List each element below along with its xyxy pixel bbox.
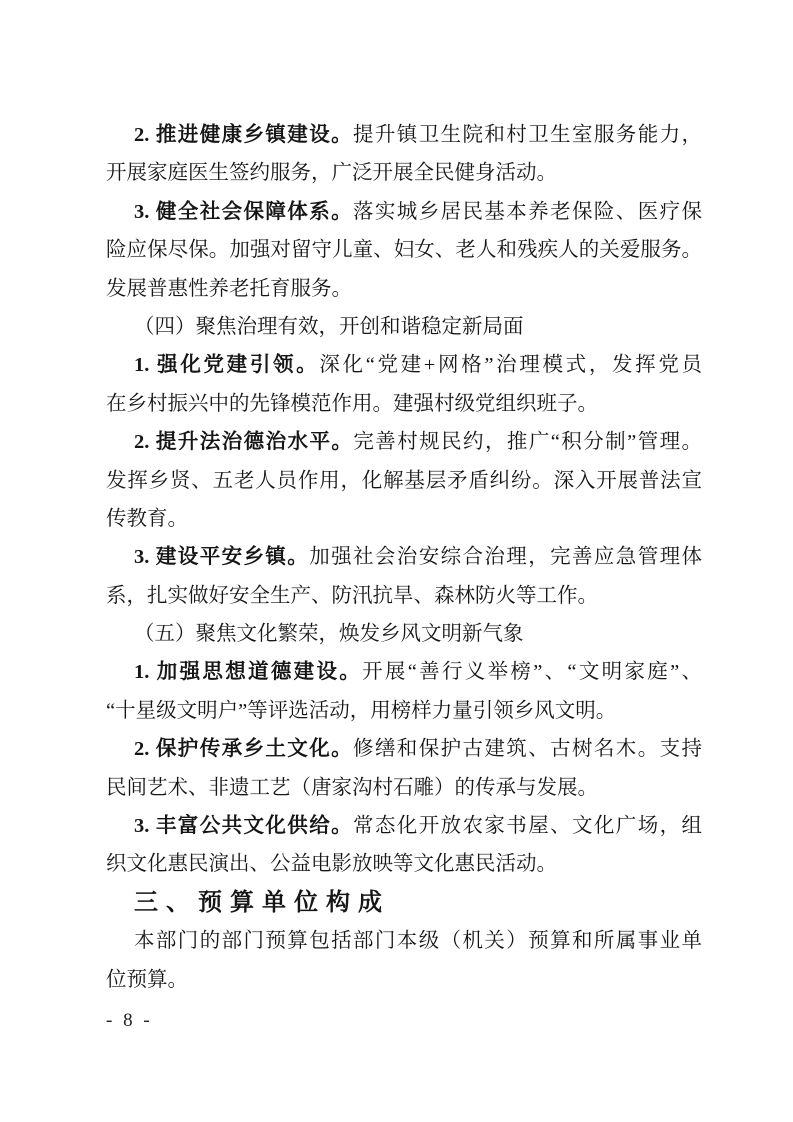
text-line: 2. 保护传承乡土文化。修缮和保护古建筑、古树名木。支持 [106,730,702,768]
text-run: 落实城乡居民基本养老保险、医疗保 [353,201,702,223]
text-run: 位预算。 [106,969,188,991]
text-line: 3. 建设平安乡镇。加强社会治安综合治理，完善应急管理体 [106,538,702,576]
text-run: 深化“党建+网格”治理模式，发挥党员 [319,354,702,376]
text-line: 险应保尽保。加强对留守儿童、妇女、老人和残疾人的关爱服务。 [106,231,702,269]
text-run: 常态化开放农家书屋、文化广场，组 [353,815,702,837]
text-line: 2. 推进健康乡镇建设。提升镇卫生院和村卫生室服务能力， [106,116,702,154]
bold-text-run: 2. 保护传承乡土文化。 [134,738,353,760]
text-line: 三、预算单位构成 [106,884,702,922]
text-line: （四）聚焦治理有效，开创和谐稳定新局面 [106,308,702,346]
bold-text-run: 3. 建设平安乡镇。 [134,546,309,568]
bold-text-run: 三、预算单位构成 [134,889,390,916]
page-number: - 8 - [106,1006,153,1036]
text-run: 传教育。 [106,508,188,530]
bold-text-run: 3. 健全社会保障体系。 [134,201,353,223]
text-line: 3. 健全社会保障体系。落实城乡居民基本养老保险、医疗保 [106,193,702,231]
text-line: 织文化惠民演出、公益电影放映等文化惠民活动。 [106,845,702,883]
text-run: 民间艺术、非遗工艺（唐家沟村石雕）的传承与发展。 [106,777,598,799]
text-run: 发挥乡贤、五老人员作用，化解基层矛盾纠纷。深入开展普法宣 [106,470,702,492]
text-line: 2. 提升法治德治水平。完善村规民约，推广“积分制”管理。 [106,423,702,461]
text-run: 开展家庭医生签约服务，广泛开展全民健身活动。 [106,162,557,184]
text-run: 完善村规民约，推广“积分制”管理。 [353,431,702,453]
text-run: 在乡村振兴中的先锋模范作用。建强村级党组织班子。 [106,393,598,415]
bold-text-run: 1. 加强思想道德建设。 [134,661,362,683]
bold-text-run: 2. 提升法治德治水平。 [134,431,353,453]
text-run: 开展“善行义举榜”、“文明家庭”、 [362,661,702,683]
text-line: 发展普惠性养老托育服务。 [106,270,702,308]
bold-text-run: 3. 丰富公共文化供给。 [134,815,353,837]
document-page: 2. 推进健康乡镇建设。提升镇卫生院和村卫生室服务能力，开展家庭医生签约服务，广… [0,0,793,1122]
text-run: （五）聚焦文化繁荣，焕发乡风文明新气象 [134,623,524,645]
text-line: 在乡村振兴中的先锋模范作用。建强村级党组织班子。 [106,385,702,423]
document-body: 2. 推进健康乡镇建设。提升镇卫生院和村卫生室服务能力，开展家庭医生签约服务，广… [106,116,702,999]
text-line: 3. 丰富公共文化供给。常态化开放农家书屋、文化广场，组 [106,807,702,845]
text-line: 传教育。 [106,500,702,538]
bold-text-run: 2. 推进健康乡镇建设。 [134,124,353,146]
text-run: 修缮和保护古建筑、古树名木。支持 [353,738,702,760]
text-run: 系，扎实做好安全生产、防汛抗旱、森林防火等工作。 [106,585,598,607]
text-line: 民间艺术、非遗工艺（唐家沟村石雕）的传承与发展。 [106,769,702,807]
text-line: 开展家庭医生签约服务，广泛开展全民健身活动。 [106,154,702,192]
text-run: 加强社会治安综合治理，完善应急管理体 [309,546,702,568]
text-line: 系，扎实做好安全生产、防汛抗旱、森林防火等工作。 [106,577,702,615]
text-run: 本部门的部门预算包括部门本级（机关）预算和所属事业单 [134,930,702,952]
text-run: 提升镇卫生院和村卫生室服务能力， [353,124,702,146]
text-line: 本部门的部门预算包括部门本级（机关）预算和所属事业单 [106,922,702,960]
text-run: 发展普惠性养老托育服务。 [106,278,352,300]
text-run: 险应保尽保。加强对留守儿童、妇女、老人和残疾人的关爱服务。 [106,239,702,261]
text-line: 位预算。 [106,961,702,999]
text-line: 发挥乡贤、五老人员作用，化解基层矛盾纠纷。深入开展普法宣 [106,462,702,500]
text-run: 织文化惠民演出、公益电影放映等文化惠民活动。 [106,853,557,875]
text-line: “十星级文明户”等评选活动，用榜样力量引领乡风文明。 [106,692,702,730]
text-line: 1. 加强思想道德建设。开展“善行义举榜”、“文明家庭”、 [106,653,702,691]
text-line: （五）聚焦文化繁荣，焕发乡风文明新气象 [106,615,702,653]
bold-text-run: 1. 强化党建引领。 [134,354,319,376]
text-line: 1. 强化党建引领。深化“党建+网格”治理模式，发挥党员 [106,346,702,384]
text-run: （四）聚焦治理有效，开创和谐稳定新局面 [134,316,524,338]
text-run: “十星级文明户”等评选活动，用榜样力量引领乡风文明。 [106,700,616,722]
